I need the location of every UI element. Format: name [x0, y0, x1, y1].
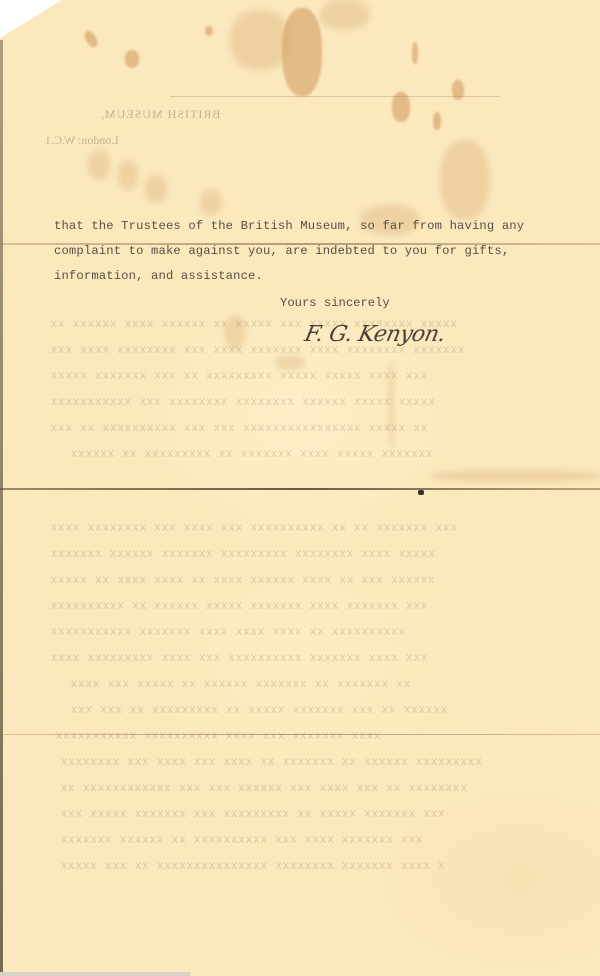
bleedthrough-text: xxx xxxx xxxxxxx xxxxxxxxxx xxx xxxx xxx…	[50, 652, 427, 665]
water-stain	[452, 80, 464, 100]
bleedthrough-text: xxxxxxxx xx xxx xxxx xxx xxxxxx xxx xxx …	[60, 782, 467, 795]
water-stain	[433, 112, 441, 130]
page-edge-shadow	[0, 40, 3, 976]
bleedthrough-text: xxxxx xxxx xxxxxxxx xxxxxxxxx xxxxxxx xx…	[50, 548, 435, 561]
water-stain	[118, 160, 138, 190]
bleedthrough-text: xxx xxxxxxx xxxx xxx xxxxxxxxxx xx xxxxx…	[60, 834, 423, 847]
water-stain	[205, 26, 213, 36]
water-stain	[412, 42, 418, 64]
bleedthrough-text: xxx xxxxxxx xxxxx xx xxxxxxxxx xxx xxxxx…	[60, 808, 445, 821]
water-stain	[430, 470, 600, 482]
bleedthrough-text: xxxxxxxxxx xx xxxx xxxx xxxx xxxxxxx xxx…	[50, 626, 405, 639]
water-stain	[125, 50, 139, 68]
water-stain	[82, 29, 100, 50]
bleedthrough-text: xx xxxxxxx xx xxxxxxx xxxxxx xx xxxxx xx…	[70, 678, 410, 691]
water-stain	[320, 0, 370, 30]
bleedthrough-text: xxxx xxxxxxx xxx xxxx xxxxxxxxxx xxxxxxx…	[55, 730, 381, 743]
water-stain	[145, 175, 167, 203]
bleedthrough-text: xxx xxxxxxx xx xx xxxxxxxxxx xxx xxxx xx…	[50, 522, 457, 535]
bleedthrough-text: xxxxxxxxx xxxxxx xx xxxxxxx xx xxxx xxx …	[60, 756, 482, 769]
bleedthrough-text: xxx xxxx xxxxx xxxxx xxxxxxxxx xx xxx xx…	[50, 370, 427, 383]
page-bottom-edge	[0, 972, 190, 976]
bleedthrough-text: xxxxxx xx xxx xxxxxxx xxxxx xx xxxxxxxxx…	[70, 704, 447, 717]
ink-mark	[418, 490, 424, 495]
crease-line	[170, 96, 500, 97]
letter-body-line: information, and assistance.	[54, 269, 263, 283]
handwritten-signature: F. G. Kenyon.	[302, 322, 447, 347]
address-bleedthrough: London: W.C.1	[45, 133, 119, 148]
bleedthrough-text: xxx xxxxxxx xxxx xxxxxxx xxxxx xxxxxx xx…	[50, 600, 427, 613]
letter-closing: Yours sincerely	[280, 296, 390, 310]
letter-page: BRITISH MUSEUM, London: W.C.1 xxxxx xxxx…	[0, 0, 600, 976]
bleedthrough-text: xxxxxxx xxxxx xxxx xxxxxxx xx xxxxxxxxx …	[70, 448, 433, 461]
letterhead-bleedthrough: BRITISH MUSEUM,	[100, 107, 220, 122]
bleedthrough-text: x xxxx xxxxxxx xxxxxxxx xxxxxxxxxxxxxxx …	[60, 860, 445, 873]
bleedthrough-text: xxxxxx xxx xx xxxx xxxxxx xxxx xx xxxx x…	[50, 574, 435, 587]
water-stain	[275, 355, 305, 370]
bleedthrough-text: xxxxx xxxxx xxxxxx xxxxxxxx xxxxxxxx xxx…	[50, 396, 435, 409]
water-stain	[230, 10, 290, 70]
bleedthrough-text: xx xxxxx xxxxxxxxxxxxxxxx xxx xxx xxxxxx…	[50, 422, 427, 435]
letter-body-line: complaint to make against you, are indeb…	[54, 244, 509, 258]
fold-line	[0, 488, 600, 490]
water-stain	[200, 190, 222, 215]
water-stain	[88, 150, 110, 180]
water-stain	[440, 140, 490, 220]
letter-body-line: that the Trustees of the British Museum,…	[54, 219, 524, 233]
